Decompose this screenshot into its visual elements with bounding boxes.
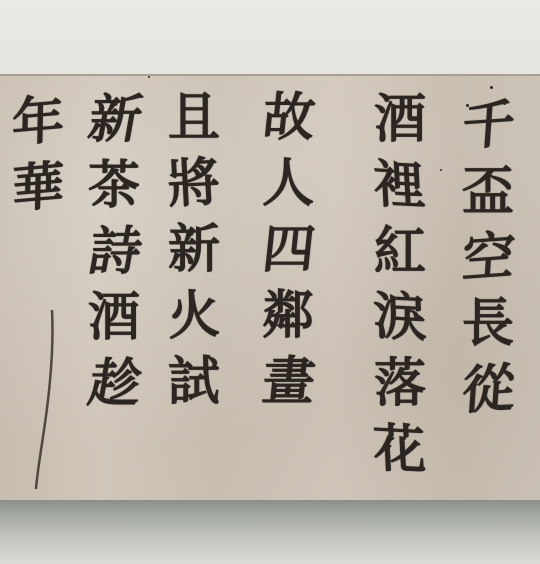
calligraphy-character: 四	[259, 224, 318, 290]
calligraphy-character: 將	[166, 157, 221, 226]
calligraphy-character: 畫	[259, 356, 318, 422]
calligraphy-ink-layer: 千 盃 空 長 從 酒 裡 紅 淚 落 花 故 人 四 鄰 畫 且 將 新 火 …	[0, 74, 540, 500]
calligraphy-character: 酒	[374, 94, 426, 160]
calligraphy-column-5: 新 茶 詩 酒 趁	[88, 94, 140, 424]
calligraphy-character: 空	[459, 230, 516, 299]
calligraphy-character: 故	[259, 92, 318, 158]
ink-speck	[503, 102, 506, 105]
calligraphy-character: 火	[166, 289, 221, 358]
calligraphy-character: 茶	[88, 160, 140, 226]
calligraphy-character: 新	[82, 94, 146, 160]
calligraphy-character: 人	[262, 158, 314, 224]
calligraphy-character: 紅	[374, 226, 426, 292]
calligraphy-character: 花	[372, 423, 428, 492]
calligraphy-character: 盃	[462, 166, 514, 232]
calligraphy-character: 長	[462, 298, 514, 364]
calligraphy-character: 趁	[82, 358, 146, 424]
calligraphy-character: 從	[459, 362, 516, 431]
calligraphy-column-2: 酒 裡 紅 淚 落 花	[374, 94, 426, 490]
ink-speck	[440, 169, 442, 171]
calligraphy-character: 淚	[372, 291, 428, 360]
calligraphy-character: 新	[168, 224, 220, 290]
calligraphy-character: 詩	[82, 226, 146, 292]
calligraphy-character: 千	[459, 98, 516, 167]
brush-tail-stroke	[30, 310, 70, 490]
calligraphy-character: 年	[11, 94, 64, 164]
calligraphy-character: 華	[11, 160, 64, 230]
ink-speck	[490, 86, 493, 89]
calligraphy-character: 試	[168, 356, 220, 422]
calligraphy-column-1: 千 盃 空 長 從	[462, 100, 514, 430]
ink-speck	[466, 104, 469, 107]
calligraphy-character: 裡	[372, 159, 428, 228]
calligraphy-character: 酒	[88, 292, 140, 358]
wall-background-bottom	[0, 500, 540, 564]
calligraphy-character: 鄰	[262, 290, 314, 356]
ink-speck	[148, 76, 150, 78]
calligraphy-column-4: 且 將 新 火 試	[168, 92, 220, 422]
calligraphy-column-6: 年 華	[12, 96, 64, 228]
wall-background-top	[0, 0, 540, 74]
calligraphy-character: 且	[168, 92, 220, 158]
calligraphy-column-3: 故 人 四 鄰 畫	[262, 92, 314, 422]
calligraphy-character: 落	[374, 358, 426, 424]
